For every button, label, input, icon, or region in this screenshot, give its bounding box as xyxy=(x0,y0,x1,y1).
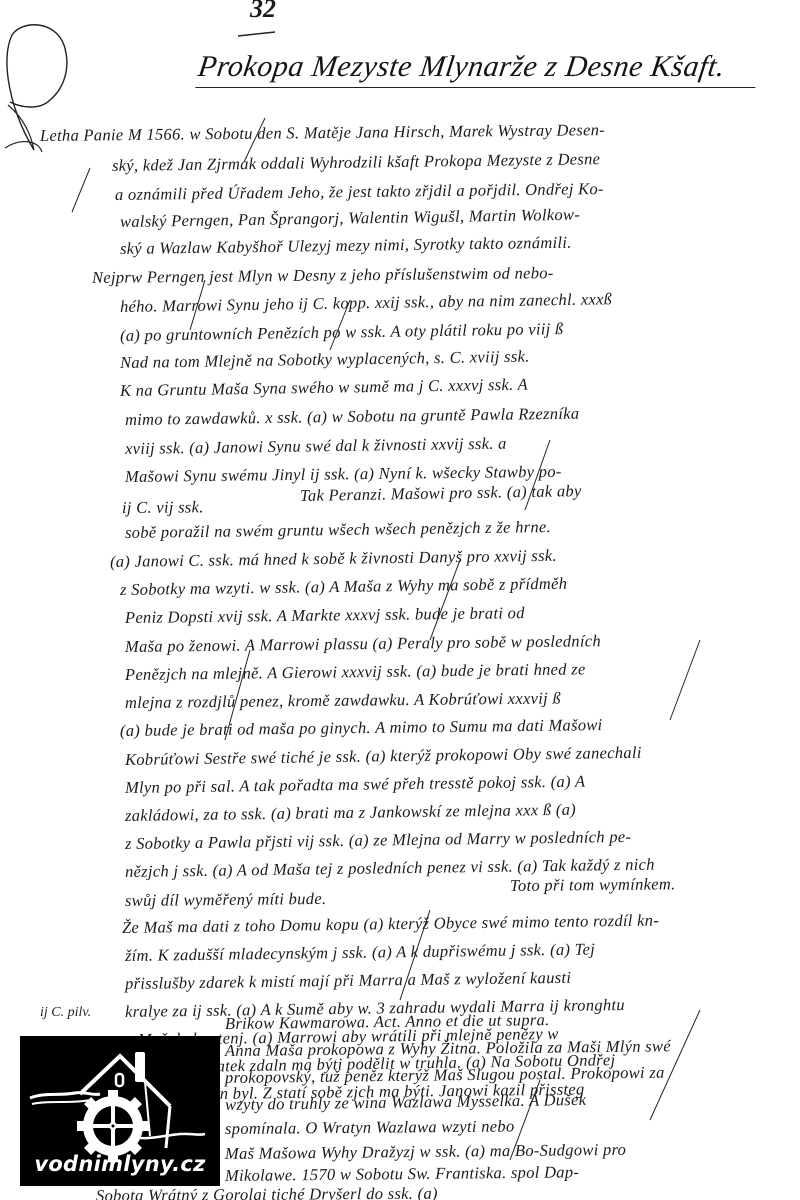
manuscript-line: mimo to zawdawků. x ssk. (a) w Sobotu na… xyxy=(125,404,580,430)
manuscript-line: Peniz Dopsti xvij ssk. A Markte xxxvj ss… xyxy=(125,603,525,628)
manuscript-line: Že Maš ma dati z toho Domu kopu (a) kter… xyxy=(122,911,659,938)
manuscript-line: Tak Peranzi. Mašowi pro ssk. (a) tak aby xyxy=(300,481,582,506)
manuscript-line: (a) bude je brati od maša po ginych. A m… xyxy=(120,715,603,741)
manuscript-line: Maša po ženowi. A Marrowi plassu (a) Per… xyxy=(125,631,601,657)
manuscript-line: Kobrúťowi Sestře swé tiché je ssk. (a) k… xyxy=(125,743,642,770)
manuscript-line: Sobota Wrátný z Gorolgi tiché Dryšerl do… xyxy=(96,1184,438,1200)
document-title: Prokopa Mezyste Mlynarže z Desne Kšaft. xyxy=(195,50,760,88)
manuscript-line: Letha Panie M 1566. w Sobotu den S. Matě… xyxy=(40,120,605,146)
manuscript-line: a oznámili před Úřadem Jeho, že jest tak… xyxy=(115,179,604,205)
margin-note: ij C. pilv. xyxy=(40,1005,91,1021)
manuscript-line: ský a Wazlaw Kabyšhoř Ulezyj mezy nimi, … xyxy=(120,233,572,259)
manuscript-line: Nad na tom Mlejně na Sobotky wyplacených… xyxy=(120,347,530,373)
manuscript-line: walský Perngen, Pan Šprangorj, Walentin … xyxy=(120,205,580,232)
manuscript-line: wzyty do truhly ze wina Wazlawa Mysselka… xyxy=(225,1090,587,1115)
manuscript-line: Mikolawe. 1570 w Sobotu Sw. Frantiska. s… xyxy=(225,1162,579,1186)
manuscript-line: Nejprw Perngen jest Mlyn w Desny z jeho … xyxy=(92,263,554,288)
manuscript-line: z Sobotky ma wzyti. w ssk. (a) A Maša z … xyxy=(120,574,568,600)
manuscript-line: Toto při tom wymínkem. xyxy=(510,874,676,896)
watermark-logo: vodnimlyny.cz xyxy=(20,1036,220,1186)
manuscript-line: Brikow Kawmarowa. Act. Anno et die ut su… xyxy=(225,1010,550,1034)
manuscript-line: přisslušby zdarek k mistí mají při Marra… xyxy=(125,968,571,994)
manuscript-page: 32 Prokopa Mezyste Mlynarže z Desne Kšaf… xyxy=(0,0,800,1200)
manuscript-line: sobě poražil na swém gruntu wšech wšech … xyxy=(125,517,551,543)
folio-number: 32 xyxy=(250,0,276,24)
manuscript-line: Penězjch na mlejně. A Gierowi xxxvij ssk… xyxy=(125,659,586,685)
manuscript-line: zakládowi, za to ssk. (a) brati ma z Jan… xyxy=(125,800,576,826)
manuscript-line: hého. Marrowi Synu jeho ij C. kopp. xxij… xyxy=(120,289,612,317)
manuscript-line: (a) Janowi C. ssk. má hned k sobě k živn… xyxy=(110,546,557,572)
manuscript-line: K na Gruntu Maša Syna swého w sumě ma j … xyxy=(120,375,528,401)
manuscript-line: spomínala. O Wratyn Wazlawa wzyti nebo xyxy=(225,1116,515,1139)
manuscript-line: ský, kdež Jan Zjrmak oddali Wyhrodzili k… xyxy=(112,149,601,176)
manuscript-line: prokopovský, tuž peněz kterýž Maš Slugou… xyxy=(225,1063,665,1088)
manuscript-line: (a) po gruntowních Penězích po w ssk. A … xyxy=(120,319,564,346)
manuscript-line: z Sobotky a Pawla přjsti vij ssk. (a) ze… xyxy=(125,827,632,854)
manuscript-line: xviij ssk. (a) Janowi Synu swé dal k živ… xyxy=(125,434,507,459)
manuscript-line: mlejna z rozdjlů penez, kromě zawdawku. … xyxy=(125,688,561,713)
manuscript-line: Maš Mašowa Wyhy Dražyzj w ssk. (a) ma Bo… xyxy=(225,1140,626,1164)
manuscript-line: žím. K zadušší mladecynským j ssk. (a) A… xyxy=(125,939,595,966)
manuscript-line: ij C. vij ssk. xyxy=(122,497,204,518)
manuscript-line: Mlyn po při sal. A tak pořadta ma swé př… xyxy=(125,772,586,798)
watermark-site-name: vodnimlyny.cz xyxy=(20,1152,220,1176)
manuscript-line: swůj díl wyměřený míti bude. xyxy=(125,889,327,911)
